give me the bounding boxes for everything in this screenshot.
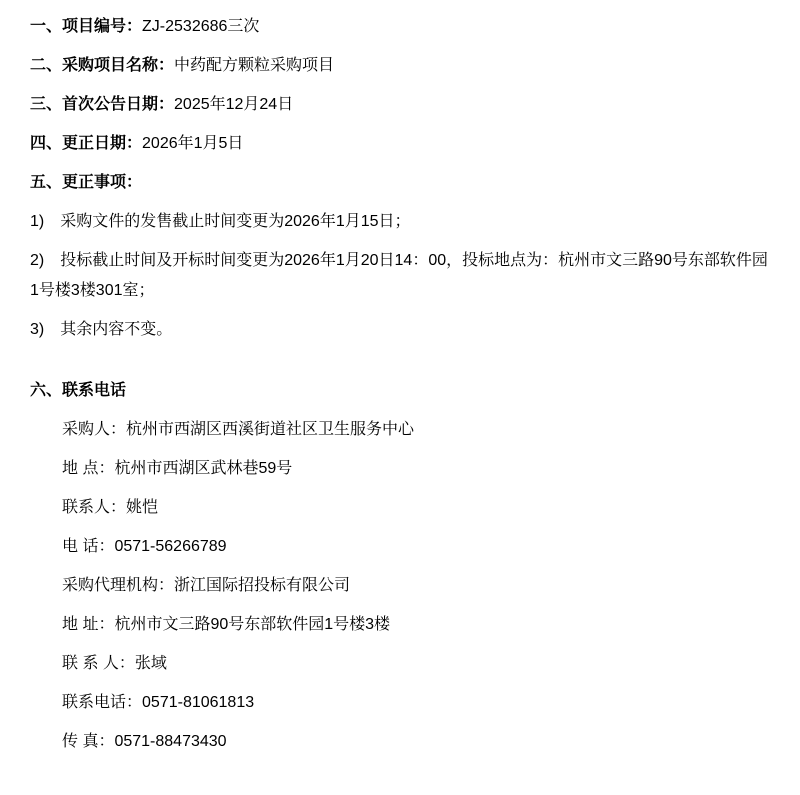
- correction-notice-document: 一、项目编号：ZJ-2532686三次 二、采购项目名称：中药配方颗粒采购项目 …: [30, 12, 770, 757]
- contact-line-agency-phone: 联系电话：0571-81061813: [30, 688, 770, 718]
- correction-item: 2) 投标截止时间及开标时间变更为2026年1月20日14：00，投标地点为：杭…: [30, 246, 770, 306]
- contact-label: 联系电话：: [62, 694, 142, 711]
- contact-value: 0571-88473430: [114, 733, 226, 750]
- contact-label: 采购代理机构：: [62, 577, 174, 594]
- contact-value: 杭州市西湖区武林巷59号: [114, 460, 292, 477]
- contact-line-phone: 电 话：0571-56266789: [30, 532, 770, 562]
- contact-value: 浙江国际招投标有限公司: [174, 577, 350, 594]
- contact-label: 电 话：: [62, 538, 114, 555]
- contact-label: 地 址：: [62, 616, 114, 633]
- contact-label: 传 真：: [62, 733, 114, 750]
- section-label: 二、采购项目名称：: [30, 57, 174, 74]
- contact-line-agency: 采购代理机构：浙江国际招投标有限公司: [30, 571, 770, 601]
- contact-line-purchaser: 采购人：杭州市西湖区西溪街道社区卫生服务中心: [30, 415, 770, 445]
- contact-value: 杭州市西湖区西溪街道社区卫生服务中心: [126, 421, 414, 438]
- section-correction-date: 四、更正日期：2026年1月5日: [30, 129, 770, 159]
- contact-line-agency-person: 联 系 人：张域: [30, 649, 770, 679]
- section-label: 五、更正事项：: [30, 174, 142, 191]
- contact-label: 联 系 人：: [62, 655, 135, 672]
- section-project-number: 一、项目编号：ZJ-2532686三次: [30, 12, 770, 42]
- contact-value: 张域: [135, 655, 167, 672]
- contact-line-contact-person: 联系人：姚恺: [30, 493, 770, 523]
- contact-value: 0571-56266789: [114, 538, 226, 555]
- section-first-announcement-date: 三、首次公告日期：2025年12月24日: [30, 90, 770, 120]
- section-value: 2025年12月24日: [174, 96, 293, 113]
- section-label: 一、项目编号：: [30, 18, 142, 35]
- contact-section-heading: 六、联系电话: [30, 376, 770, 406]
- section-label: 三、首次公告日期：: [30, 96, 174, 113]
- section-value: 2026年1月5日: [142, 135, 243, 152]
- contact-label: 联系人：: [62, 499, 126, 516]
- section-value: ZJ-2532686三次: [142, 18, 259, 35]
- correction-item: 1) 采购文件的发售截止时间变更为2026年1月15日；: [30, 207, 770, 237]
- contact-label: 采购人：: [62, 421, 126, 438]
- section-project-name: 二、采购项目名称：中药配方颗粒采购项目: [30, 51, 770, 81]
- contact-value: 杭州市文三路90号东部软件园1号楼3楼: [114, 616, 390, 633]
- section-value: 中药配方颗粒采购项目: [174, 57, 334, 74]
- section-label: 四、更正日期：: [30, 135, 142, 152]
- section-correction-matters: 五、更正事项：: [30, 168, 770, 198]
- correction-item: 3) 其余内容不变。: [30, 315, 770, 345]
- contact-line-fax: 传 真：0571-88473430: [30, 727, 770, 757]
- contact-line-agency-address: 地 址：杭州市文三路90号东部软件园1号楼3楼: [30, 610, 770, 640]
- contact-label: 地 点：: [62, 460, 114, 477]
- contact-line-location: 地 点：杭州市西湖区武林巷59号: [30, 454, 770, 484]
- contact-value: 姚恺: [126, 499, 158, 516]
- contact-value: 0571-81061813: [142, 694, 254, 711]
